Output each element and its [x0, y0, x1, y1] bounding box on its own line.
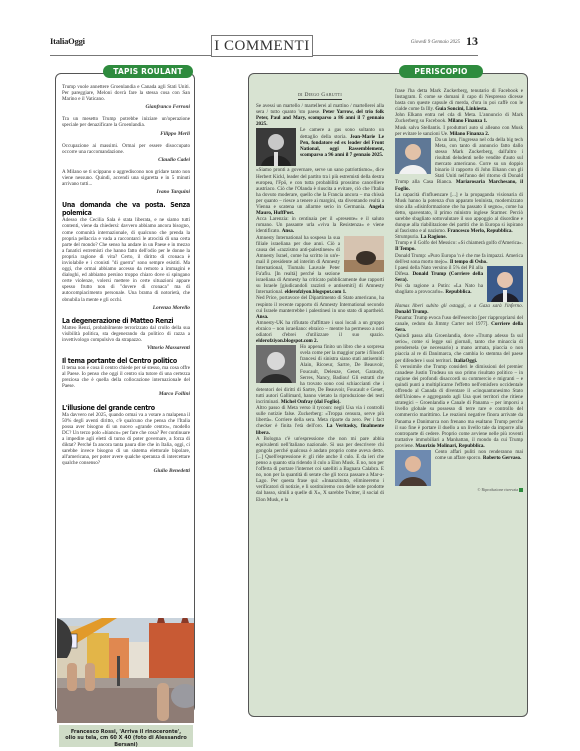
periscopio-item: Ned Price, portavoce del Dipartimento di…	[256, 295, 384, 319]
periscopio-item: I paesi della Nato versino il 5% del Pil…	[395, 265, 523, 283]
periscopio-item: Altro passo di Meta verso il tycoon: neg…	[256, 405, 384, 435]
periscopio-item: Panama: Trump evoca l'uso dell'esercito …	[395, 315, 523, 333]
periscopio-item: frase l'ha detta Mark Zuckerberg, tenuta…	[395, 88, 523, 112]
article-headline: Una domanda che va posta. Senza polemica	[62, 201, 190, 217]
periscopio-item: Musk salva Stellantis. I produttori auto…	[395, 125, 523, 137]
byline-text: di Diego Gabutti	[298, 92, 342, 100]
periscopio-tab: PERISCOPIO	[399, 65, 483, 78]
periscopio-item: Le camere a gas sono soltanto un dettagl…	[256, 127, 384, 157]
periscopio-item: È verosimile che Trump consideri le dimi…	[395, 364, 523, 449]
newspaper-logo: ItaliaOggi	[50, 36, 85, 46]
tapis-roulant-tab: TAPIS ROULANT	[103, 65, 193, 78]
item-source: Il tempo di Osho.	[450, 259, 488, 265]
item-text: A Bologna c'è un'espressione che non mi …	[256, 436, 384, 503]
desert-camel-photo-icon	[344, 236, 384, 272]
article-headline: La degenerazione di Matteo Renzi	[62, 317, 190, 325]
article-body: Adesso che Cecilia Sala è stata liberata…	[62, 217, 190, 302]
item-text: È verosimile che Trump consideri le dimi…	[395, 364, 523, 449]
item-text: Ned Price, portavoce del Dipartimento di…	[256, 295, 384, 313]
item-text: Acca Larenzia: in centinaia per il «pres…	[256, 216, 384, 234]
quip-author: Ivano Tarquini	[62, 189, 190, 195]
item-source: Guia Soncini, Linkiesta.	[435, 106, 487, 112]
item-text: «Siamo pronti a governare, serve un sano…	[256, 167, 384, 210]
section-title: I COMMENTI	[211, 35, 313, 57]
periscopio-item: Amnesty-UK ha rifiutato d'affittare i su…	[256, 320, 384, 344]
quip: Trump vuole annettere Groenlandia e Cana…	[62, 84, 190, 110]
item-text: Trump e il Golfo del Messico: «Si chiame…	[395, 240, 523, 246]
periscopio-item: A Bologna c'è un'espressione che non mi …	[256, 436, 384, 503]
le-pen-photo-icon	[256, 128, 296, 166]
periscopio-item: John Elkann entra nel cda di Meta. L'ann…	[395, 112, 523, 124]
periscopio-item: Cento affari puliti non renderanno mai c…	[395, 449, 523, 461]
elkann-photo-icon	[395, 138, 431, 174]
item-source: Milano Finanza 1.	[448, 118, 487, 124]
caption-line: olio su tela, cm 60 X 40 (foto di Alessa…	[59, 735, 193, 748]
painting-image	[57, 618, 194, 723]
copyright-notice: © Riproduzione riservata	[477, 487, 518, 492]
article-headline: L'illusione del grande centro	[62, 404, 190, 412]
tapis-roulant-content: Trump vuole annettere Groenlandia e Cana…	[62, 84, 190, 481]
end-square-icon	[519, 488, 523, 492]
item-source: Il Tempo.	[395, 246, 416, 252]
item-source: Repubblica.	[445, 289, 471, 295]
periscopio-item: Amnesty International ha sospeso la sua …	[256, 235, 384, 296]
item-source: Ansa.	[256, 314, 268, 320]
article-author: Marco Follini	[62, 391, 190, 397]
item-source: Milano Finanza 2.	[450, 131, 489, 137]
item-source: Donald Trump.	[395, 309, 429, 315]
putin-photo-icon	[487, 266, 523, 302]
item-text: Amnesty-UK ha rifiutato d'affittare i su…	[256, 320, 384, 338]
periscopio-item: Hamas liberi subito gli ostaggi, o a Gaz…	[395, 303, 523, 315]
item-source: Ansa.	[282, 228, 294, 234]
issue-date: Giovedì 9 Gennaio 2025	[411, 40, 460, 45]
masthead: ItaliaOggi I COMMENTI Giovedì 9 Gennaio …	[50, 28, 478, 58]
periscopio-item: Donald Trump: «Puro Europa 'n è che me f…	[395, 253, 523, 265]
article-headline: Il tema portante del Centro politico	[62, 357, 190, 365]
item-source: Maurizio Molinari, Repubblica.	[415, 443, 484, 449]
painting-caption: Francesco Rossi, 'Arriva il rinoceronte'…	[59, 725, 193, 747]
item-source: ItaliaOggi.	[454, 358, 477, 364]
periscopio-right-column: frase l'ha detta Mark Zuckerberg, tenuta…	[395, 88, 523, 493]
quip-text: Occupazione ai massimi. Ormai per essere…	[62, 143, 190, 155]
quip: A Milano se ti scippano o aggrediscono n…	[62, 169, 190, 195]
periscopio-item: La capacità d'influenzare [...] e la pro…	[395, 192, 523, 235]
article-body: Ma davvero nel 2025, quando ormai va a v…	[62, 412, 190, 467]
quip-text: Tra un mesetto Trump potrebbe iniziare u…	[62, 116, 190, 128]
page-number: 13	[466, 34, 478, 49]
article-author: Lorenza Morello	[62, 305, 190, 311]
quip-author: Filippo Merli	[62, 131, 190, 137]
article: Una domanda che va posta. Senza polemica…	[62, 201, 190, 310]
quip: Tra un mesetto Trump potrebbe iniziare u…	[62, 116, 190, 136]
onfray-photo-icon	[256, 345, 296, 383]
item-source: Michel Onfray (dal Foglio).	[281, 399, 341, 405]
article: Il tema portante del Centro politicoIl t…	[62, 357, 190, 397]
article: L'illusione del grande centroMa davvero …	[62, 404, 190, 475]
article-body: Matteo Renzi, probabilmente terrorizzato…	[62, 325, 190, 343]
byline: di Diego Gabutti	[256, 92, 384, 98]
tapis-roulant-column: TAPIS ROULANT Trump vuole annettere Groe…	[55, 73, 195, 713]
gervaso-photo-icon	[395, 450, 431, 486]
article-author: Vittorio Massarenti	[62, 345, 190, 351]
periscopio-item: Da un lato, l'ingresso nel cda della big…	[395, 137, 523, 192]
quip-author: Gianfranco Ferroni	[62, 104, 190, 110]
periscopio-item: Se avessi un martello / martellerei al m…	[256, 103, 384, 127]
periscopio-item: Ho appena finito un libro che a sorpresa…	[256, 344, 384, 405]
quip-text: Trump vuole annettere Groenlandia e Cana…	[62, 84, 190, 102]
periscopio-item: Quindi passa alla Groenlandia, dove «Tru…	[395, 333, 523, 363]
article-author: Giulio Benedetti	[62, 468, 190, 474]
item-text: Hamas liberi subito gli ostaggi, o a Gaz…	[395, 303, 523, 309]
item-source: elderofziyon.blogspot.com 1.	[285, 289, 347, 295]
item-source: Roberto Gervaso.	[483, 455, 521, 461]
end-mark: © Riproduzione riservata	[395, 487, 523, 493]
periscopio-item: Trump e il Golfo del Messico: «Si chiame…	[395, 240, 523, 252]
periscopio-left-column: di Diego Gabutti Se avessi un martello /…	[256, 92, 384, 503]
quip-text: A Milano se ti scippano o aggrediscono n…	[62, 169, 190, 187]
quip-author: Claudio Cadei	[62, 157, 190, 163]
quip: Occupazione ai massimi. Ormai per essere…	[62, 143, 190, 163]
item-source: Francesco Merlo, Repubblica.	[447, 228, 512, 234]
rhinoceros-painting-icon	[57, 618, 194, 723]
article-body: Il tema non è cosa il centro chiede per …	[62, 365, 190, 389]
periscopio-column: PERISCOPIO di Diego Gabutti Se avessi un…	[248, 73, 528, 717]
article: La degenerazione di Matteo RenziMatteo R…	[62, 317, 190, 351]
periscopio-item: «Siamo pronti a governare, serve un sano…	[256, 167, 384, 216]
periscopio-item: Acca Larenzia: in centinaia per il «pres…	[256, 216, 384, 234]
